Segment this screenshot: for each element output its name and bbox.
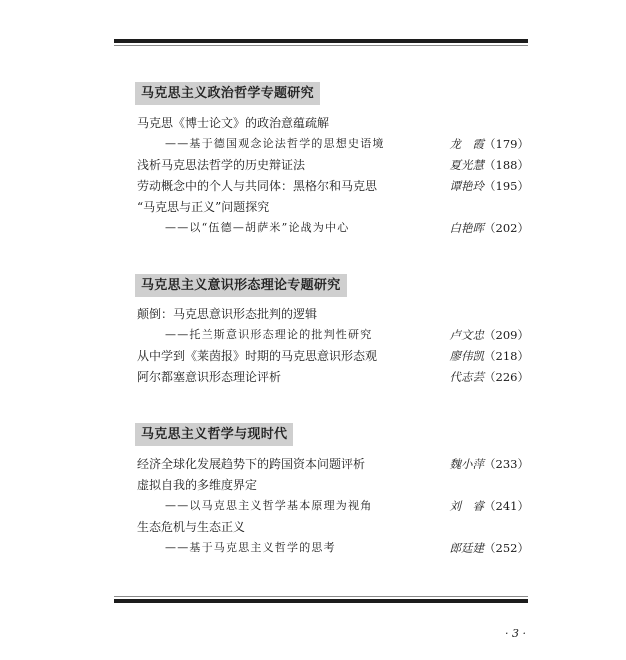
toc-entry[interactable]: 阿尔都塞意识形态理论评析 代志芸（226） [137, 367, 529, 387]
entry-author: 代志芸（226） [450, 367, 529, 387]
entry-title: 生态危机与生态正义 [137, 517, 245, 537]
toc-entry[interactable]: 生态危机与生态正义 [137, 517, 529, 537]
entry-author: 白艳晖（202） [450, 218, 529, 238]
entry-author: 廖伟凯（218） [450, 346, 529, 366]
toc-entry[interactable]: 浅析马克思法哲学的历史辩证法 夏光慧（188） [137, 155, 529, 175]
entry-title: 虚拟自我的多维度界定 [137, 475, 257, 495]
entry-page: （202） [484, 221, 529, 235]
entry-page: （218） [484, 349, 529, 363]
entry-subtitle: ——以“伍德—胡萨米”论战为中心 [165, 218, 349, 238]
page-number: · 3 · [505, 627, 526, 640]
toc-entry[interactable]: ——托兰斯意识形态理论的批判性研究 卢文忠（209） [137, 325, 529, 345]
toc-entry[interactable]: 劳动概念中的个人与共同体：黑格尔和马克思 谭艳玲（195） [137, 176, 529, 196]
entry-title: 从中学到《莱茵报》时期的马克思意识形态观 [137, 346, 377, 366]
entry-title: 浅析马克思法哲学的历史辩证法 [137, 155, 305, 175]
toc-entry[interactable]: ——基于马克思主义哲学的思考 郎廷建（252） [137, 538, 529, 558]
toc-entry[interactable]: 马克思《博士论文》的政治意蕴疏解 [137, 113, 529, 133]
entry-page: （179） [484, 137, 529, 151]
entry-page: （209） [484, 328, 529, 342]
entry-subtitle: ——托兰斯意识形态理论的批判性研究 [165, 325, 372, 345]
toc-entry[interactable]: 经济全球化发展趋势下的跨国资本问题评析 魏小萍（233） [137, 454, 529, 474]
top-rule-thin [114, 45, 528, 46]
entry-title: 阿尔都塞意识形态理论评析 [137, 367, 281, 387]
entry-title: 劳动概念中的个人与共同体：黑格尔和马克思 [137, 176, 377, 196]
entry-title: “马克思与正义”问题探究 [137, 197, 269, 217]
entry-author: 郎廷建（252） [450, 538, 529, 558]
entry-author: 谭艳玲（195） [450, 176, 529, 196]
toc-entry[interactable]: 虚拟自我的多维度界定 [137, 475, 529, 495]
entry-page: （252） [484, 541, 529, 555]
entry-subtitle: ——基于马克思主义哲学的思考 [165, 538, 336, 558]
entry-subtitle: ——以马克思主义哲学基本原理为视角 [165, 496, 372, 516]
entry-author: 龙 霞（179） [450, 134, 529, 154]
section-header-ideology-theory: 马克思主义意识形态理论专题研究 [135, 274, 347, 297]
toc-entry[interactable]: 颠倒：马克思意识形态批判的逻辑 [137, 304, 529, 324]
toc-entry[interactable]: ——以“伍德—胡萨米”论战为中心 白艳晖（202） [137, 218, 529, 238]
toc-entry[interactable]: “马克思与正义”问题探究 [137, 197, 529, 217]
bottom-rule-thick [114, 599, 528, 603]
entry-page: （233） [484, 457, 529, 471]
entry-title: 马克思《博士论文》的政治意蕴疏解 [137, 113, 329, 133]
entry-author: 刘 睿（241） [450, 496, 529, 516]
entry-subtitle: ——基于德国观念论法哲学的思想史语境 [165, 134, 385, 154]
entry-title: 颠倒：马克思意识形态批判的逻辑 [137, 304, 317, 324]
entry-page: （241） [484, 499, 529, 513]
top-rule-thick [114, 39, 528, 43]
toc-entry[interactable]: ——以马克思主义哲学基本原理为视角 刘 睿（241） [137, 496, 529, 516]
entry-author: 夏光慧（188） [450, 155, 529, 175]
entry-page: （195） [484, 179, 529, 193]
entry-author: 魏小萍（233） [450, 454, 529, 474]
toc-entry[interactable]: ——基于德国观念论法哲学的思想史语境 龙 霞（179） [137, 134, 529, 154]
bottom-rule-thin [114, 596, 528, 597]
entry-title: 经济全球化发展趋势下的跨国资本问题评析 [137, 454, 365, 474]
entry-page: （226） [484, 370, 529, 384]
toc-entry[interactable]: 从中学到《莱茵报》时期的马克思意识形态观 廖伟凯（218） [137, 346, 529, 366]
entry-author: 卢文忠（209） [450, 325, 529, 345]
section-header-political-philosophy: 马克思主义政治哲学专题研究 [135, 82, 320, 105]
entry-page: （188） [484, 158, 529, 172]
section-header-philosophy-modern-era: 马克思主义哲学与现时代 [135, 423, 293, 446]
